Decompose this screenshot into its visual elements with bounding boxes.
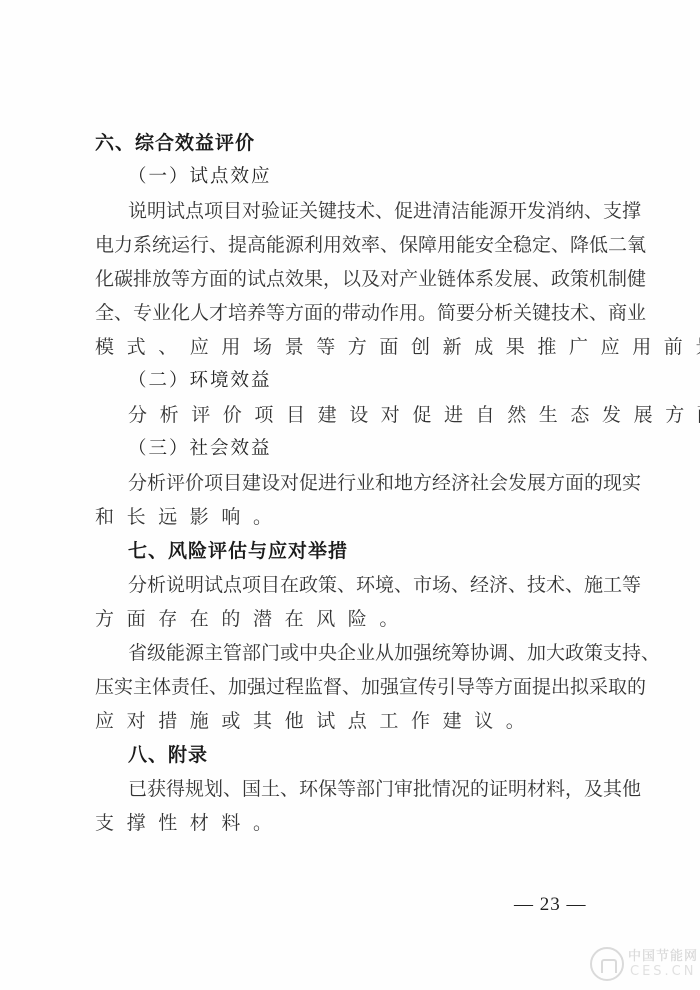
paragraph-line: 和长远影响。	[95, 500, 615, 534]
ces-logo-icon	[590, 947, 624, 981]
paragraph-line: 已获得规划、国土、环保等部门审批情况的证明材料，及其他	[128, 772, 611, 806]
section-heading-7: 七、风险评估与应对举措	[128, 534, 648, 568]
paragraph-line: 化碳排放等方面的试点效果，以及对产业链体系发展、政策机制健	[95, 262, 615, 296]
paragraph-line: 省级能源主管部门或中央企业从加强统筹协调、加大政策支持、	[128, 636, 611, 670]
paragraph-line: 支撑性材料。	[95, 806, 615, 840]
page-number: — 23 —	[514, 894, 587, 916]
subsection-heading-2: （二）环境效益	[128, 364, 648, 398]
watermark-name-en: CES.CN	[630, 964, 696, 979]
paragraph-line: 说明试点项目对验证关键技术、促进清洁能源开发消纳、支撑	[128, 194, 611, 228]
paragraph-line: 压实主体责任、加强过程监督、加强宣传引导等方面提出拟采取的	[95, 670, 615, 704]
paragraph-line: 全、专业化人才培养等方面的带动作用。简要分析关键技术、商业	[95, 296, 615, 330]
paragraph-line: 应对措施或其他试点工作建议。	[95, 704, 615, 738]
section-heading-8: 八、附录	[128, 738, 648, 772]
subsection-heading-1: （一）试点效应	[128, 160, 648, 194]
section-heading-6: 六、综合效益评价	[95, 126, 615, 160]
paragraph-line: 分析说明试点项目在政策、环境、市场、经济、技术、施工等	[128, 568, 611, 602]
subsection-heading-3: （三）社会效益	[128, 432, 648, 466]
watermark: 中国节能网 CES.CN	[590, 945, 700, 985]
paragraph-line: 模式、应用场景等方面创新成果推广应用前景。	[95, 330, 615, 364]
document-page: 六、综合效益评价 （一）试点效应 说明试点项目对验证关键技术、促进清洁能源开发消…	[0, 0, 700, 990]
paragraph-line: 分析评价项目建设对促进自然生态发展方面的效果及影响。	[128, 398, 611, 432]
paragraph-line: 电力系统运行、提高能源利用效率、保障用能安全稳定、降低二氧	[95, 228, 615, 262]
watermark-name-cn: 中国节能网	[628, 945, 698, 964]
paragraph-line: 方面存在的潜在风险。	[95, 602, 615, 636]
paragraph-line: 分析评价项目建设对促进行业和地方经济社会发展方面的现实	[128, 466, 611, 500]
